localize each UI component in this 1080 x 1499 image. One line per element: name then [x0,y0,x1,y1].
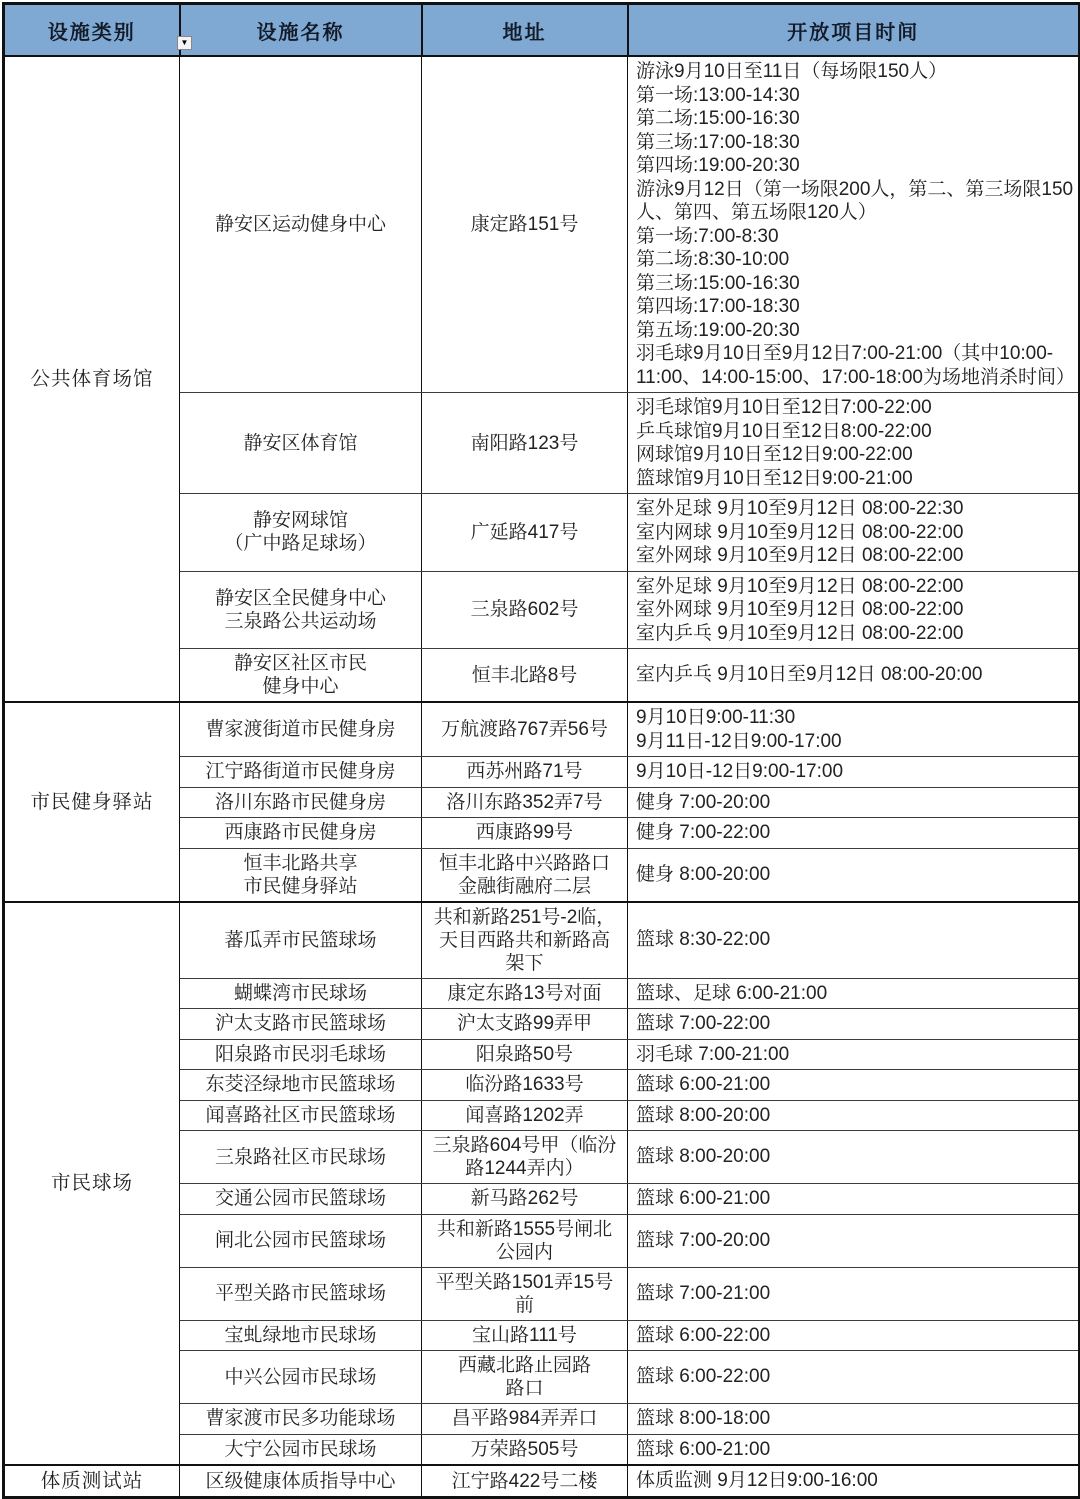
open-times-line: 第一场:13:00-14:30 [636,84,1074,108]
open-times-line: 游泳9月10日至11日（每场限150人） [636,60,1074,84]
open-times-line: 第二场:8:30-10:00 [636,248,1074,272]
address-cell: 恒丰北路中兴路路口金融街融府二层 [422,848,628,902]
address-line: 江宁路422号二楼 [426,1470,623,1493]
category-cell: 市民球场 [4,902,180,1466]
address-cell: 平型关路1501弄15号前 [422,1267,628,1320]
open-times-line: 健身 8:00-20:00 [636,863,1074,887]
facility-name-line: 静安区运动健身中心 [184,213,417,236]
open-times-cell: 体质监测 9月12日9:00-16:00 [628,1465,1080,1498]
table-row: 公共体育场馆静安区运动健身中心康定路151号游泳9月10日至11日（每场限150… [4,56,1080,393]
facility-name-line: 江宁路街道市民健身房 [184,760,417,783]
address-line: 西苏州路71号 [426,760,623,783]
open-times-cell: 健身 8:00-20:00 [628,848,1080,902]
column-header-address: 地址 [422,4,628,57]
address-line: 三泉路604号甲（临汾 [426,1134,623,1157]
facility-name-line: 恒丰北路共享 [184,852,417,875]
facility-name-cell: 宝虬绿地市民球场 [180,1320,422,1351]
open-times-cell: 篮球 8:00-20:00 [628,1131,1080,1184]
open-times-line: 篮球 6:00-21:00 [636,1073,1074,1097]
address-line: 阳泉路50号 [426,1043,623,1066]
address-cell: 江宁路422号二楼 [422,1465,628,1498]
open-times-line: 篮球 6:00-21:00 [636,1438,1074,1462]
open-times-line: 室外网球 9月10至9月12日 08:00-22:00 [636,544,1074,568]
category-cell: 体质测试站 [4,1465,180,1498]
address-cell: 阳泉路50号 [422,1039,628,1070]
address-line: 康定东路13号对面 [426,982,623,1005]
open-times-line: 健身 7:00-20:00 [636,791,1074,815]
open-times-line: 9月10日-12日9:00-17:00 [636,760,1074,784]
address-cell: 康定路151号 [422,56,628,393]
facility-name-cell: 平型关路市民篮球场 [180,1267,422,1320]
address-line: 平型关路1501弄15号 [426,1271,623,1294]
facility-name-line: 静安区全民健身中心 [184,587,417,610]
open-times-cell: 9月10日-12日9:00-17:00 [628,757,1080,788]
address-line: 前 [426,1294,623,1317]
open-times-line: 室内网球 9月10至9月12日 08:00-22:00 [636,521,1074,545]
open-times-cell: 篮球 6:00-22:00 [628,1320,1080,1351]
address-line: 康定路151号 [426,213,623,236]
address-line: 共和新路1555号闸北 [426,1218,623,1241]
table-row: 市民球场蕃瓜弄市民篮球场共和新路251号-2临，天目西路共和新路高架下篮球 8:… [4,902,1080,979]
open-times-line: 室内乒乓 9月10至9月12日 08:00-22:00 [636,622,1074,646]
address-line: 架下 [426,952,623,975]
facility-name-cell: 西康路市民健身房 [180,818,422,849]
address-line: 广延路417号 [426,521,623,544]
open-times-cell: 篮球 6:00-21:00 [628,1070,1080,1101]
address-line: 沪太支路99弄甲 [426,1012,623,1035]
open-times-line: 篮球 8:30-22:00 [636,928,1074,952]
open-times-line: 篮球 7:00-20:00 [636,1229,1074,1253]
address-cell: 洛川东路352弄7号 [422,787,628,818]
address-cell: 沪太支路99弄甲 [422,1009,628,1040]
address-cell: 恒丰北路8号 [422,649,628,703]
facility-name-cell: 曹家渡市民多功能球场 [180,1404,422,1435]
table-row: 市民健身驿站曹家渡街道市民健身房万航渡路767弄56号9月10日9:00-11:… [4,702,1080,757]
open-times-cell: 游泳9月10日至11日（每场限150人）第一场:13:00-14:30第二场:1… [628,56,1080,393]
open-times-line: 室外网球 9月10至9月12日 08:00-22:00 [636,598,1074,622]
column-header-category: 设施类别 [4,4,180,57]
facility-name-cell: 曹家渡街道市民健身房 [180,702,422,757]
facility-name-line: 曹家渡街道市民健身房 [184,718,417,741]
open-times-cell: 篮球 7:00-21:00 [628,1267,1080,1320]
facility-name-cell: 蕃瓜弄市民篮球场 [180,902,422,979]
open-times-line: 羽毛球9月10日至9月12日7:00-21:00（其中10:00-11:00、1… [636,342,1074,389]
address-cell: 西苏州路71号 [422,757,628,788]
table-row: 体质测试站区级健康体质指导中心江宁路422号二楼体质监测 9月12日9:00-1… [4,1465,1080,1498]
address-cell: 西藏北路止园路路口 [422,1351,628,1404]
open-times-line: 篮球 6:00-21:00 [636,1187,1074,1211]
open-times-line: 室外足球 9月10至9月12日 08:00-22:30 [636,497,1074,521]
open-times-line: 9月10日9:00-11:30 [636,706,1074,730]
address-line: 临汾路1633号 [426,1073,623,1096]
facility-name-cell: 中兴公园市民球场 [180,1351,422,1404]
open-times-line: 第三场:17:00-18:30 [636,131,1074,155]
open-times-line: 健身 7:00-22:00 [636,821,1074,845]
open-times-cell: 篮球 6:00-21:00 [628,1434,1080,1465]
address-cell: 闻喜路1202弄 [422,1100,628,1131]
address-cell: 共和新路251号-2临，天目西路共和新路高架下 [422,902,628,979]
facility-name-line: 交通公园市民篮球场 [184,1187,417,1210]
address-cell: 康定东路13号对面 [422,978,628,1009]
facility-name-cell: 静安区运动健身中心 [180,56,422,393]
facility-name-line: 沪太支路市民篮球场 [184,1012,417,1035]
facility-name-cell: 静安区全民健身中心三泉路公共运动场 [180,571,422,649]
facility-name-cell: 静安区社区市民健身中心 [180,649,422,703]
facility-name-line: 阳泉路市民羽毛球场 [184,1043,417,1066]
facility-name-line: 蝴蝶湾市民球场 [184,982,417,1005]
facility-name-line: 静安区社区市民 [184,652,417,675]
facility-name-cell: 蝴蝶湾市民球场 [180,978,422,1009]
address-cell: 新马路262号 [422,1184,628,1215]
open-times-cell: 篮球 6:00-21:00 [628,1184,1080,1215]
address-cell: 宝山路111号 [422,1320,628,1351]
open-times-line: 篮球 8:00-18:00 [636,1407,1074,1431]
facility-name-cell: 三泉路社区市民球场 [180,1131,422,1184]
address-line: 恒丰北路中兴路路口 [426,852,623,875]
address-line: 万荣路505号 [426,1438,623,1461]
open-times-line: 室外足球 9月10至9月12日 08:00-22:00 [636,575,1074,599]
facility-name-line: 市民健身驿站 [184,875,417,898]
open-times-cell: 篮球 8:00-20:00 [628,1100,1080,1131]
address-line: 三泉路602号 [426,598,623,621]
facility-name-cell: 东茭泾绿地市民篮球场 [180,1070,422,1101]
address-line: 路1244弄内） [426,1157,623,1180]
open-times-cell: 健身 7:00-20:00 [628,787,1080,818]
facility-name-line: 洛川东路市民健身房 [184,791,417,814]
facility-name-line: 平型关路市民篮球场 [184,1282,417,1305]
address-line: 闻喜路1202弄 [426,1104,623,1127]
facility-name-cell: 交通公园市民篮球场 [180,1184,422,1215]
open-times-cell: 室内乒乓 9月10日至9月12日 08:00-20:00 [628,649,1080,703]
open-times-cell: 篮球 7:00-22:00 [628,1009,1080,1040]
address-line: 洛川东路352弄7号 [426,791,623,814]
facility-name-cell: 大宁公园市民球场 [180,1434,422,1465]
open-times-line: 篮球馆9月10日至12日9:00-21:00 [636,467,1074,491]
open-times-line: 篮球 7:00-21:00 [636,1282,1074,1306]
facility-name-line: 大宁公园市民球场 [184,1438,417,1461]
open-times-line: 篮球 8:00-20:00 [636,1104,1074,1128]
address-line: 西康路99号 [426,821,623,844]
column-header-facility-name: 设施名称 [180,4,422,57]
address-line: 恒丰北路8号 [426,664,623,687]
open-times-cell: 篮球 8:30-22:00 [628,902,1080,979]
facility-name-line: 蕃瓜弄市民篮球场 [184,929,417,952]
facility-name-cell: 沪太支路市民篮球场 [180,1009,422,1040]
open-times-line: 室内乒乓 9月10日至9月12日 08:00-20:00 [636,663,1074,687]
open-times-line: 游泳9月12日（第一场限200人，第二、第三场限150人、第四、第五场限120人… [636,178,1074,225]
address-cell: 西康路99号 [422,818,628,849]
address-line: 公园内 [426,1241,623,1264]
facility-name-line: 区级健康体质指导中心 [184,1470,417,1493]
open-times-line: 第四场:19:00-20:30 [636,154,1074,178]
address-cell: 万荣路505号 [422,1434,628,1465]
facility-name-line: （广中路足球场） [184,532,417,555]
address-cell: 南阳路123号 [422,393,628,494]
open-times-line: 9月11日-12日9:00-17:00 [636,730,1074,754]
address-line: 南阳路123号 [426,432,623,455]
category-cell: 公共体育场馆 [4,56,180,702]
open-times-cell: 篮球 8:00-18:00 [628,1404,1080,1435]
open-times-line: 篮球 8:00-20:00 [636,1145,1074,1169]
facility-name-cell: 闸北公园市民篮球场 [180,1214,422,1267]
facility-name-line: 中兴公园市民球场 [184,1366,417,1389]
open-times-cell: 羽毛球馆9月10日至12日7:00-22:00乒乓球馆9月10日至12日8:00… [628,393,1080,494]
facility-name-cell: 静安网球馆（广中路足球场） [180,494,422,572]
open-times-cell: 健身 7:00-22:00 [628,818,1080,849]
address-cell: 万航渡路767弄56号 [422,702,628,757]
open-times-line: 羽毛球馆9月10日至12日7:00-22:00 [636,396,1074,420]
open-times-cell: 9月10日9:00-11:309月11日-12日9:00-17:00 [628,702,1080,757]
facility-name-cell: 洛川东路市民健身房 [180,787,422,818]
address-cell: 昌平路984弄弄口 [422,1404,628,1435]
open-times-line: 第五场:19:00-20:30 [636,319,1074,343]
facility-name-cell: 恒丰北路共享市民健身驿站 [180,848,422,902]
address-cell: 共和新路1555号闸北公园内 [422,1214,628,1267]
address-cell: 广延路417号 [422,494,628,572]
open-times-cell: 篮球 7:00-20:00 [628,1214,1080,1267]
facility-name-cell: 区级健康体质指导中心 [180,1465,422,1498]
facility-name-line: 静安区体育馆 [184,432,417,455]
facility-name-cell: 静安区体育馆 [180,393,422,494]
open-times-cell: 篮球、足球 6:00-21:00 [628,978,1080,1009]
facility-name-line: 曹家渡市民多功能球场 [184,1407,417,1430]
facility-name-line: 三泉路社区市民球场 [184,1146,417,1169]
address-line: 路口 [426,1377,623,1400]
category-cell: 市民健身驿站 [4,702,180,902]
open-times-line: 篮球 6:00-22:00 [636,1365,1074,1389]
facility-name-cell: 江宁路街道市民健身房 [180,757,422,788]
facility-name-line: 三泉路公共运动场 [184,610,417,633]
filter-dropdown-icon[interactable]: ▼ [177,36,192,50]
table-body: 公共体育场馆静安区运动健身中心康定路151号游泳9月10日至11日（每场限150… [4,56,1080,1498]
open-times-line: 篮球 6:00-22:00 [636,1324,1074,1348]
open-times-line: 第四场:17:00-18:30 [636,295,1074,319]
facility-name-line: 闻喜路社区市民篮球场 [184,1104,417,1127]
facility-name-line: 健身中心 [184,675,417,698]
open-times-line: 篮球 7:00-22:00 [636,1012,1074,1036]
column-header-open-times: 开放项目时间 [628,4,1080,57]
address-cell: 三泉路602号 [422,571,628,649]
address-line: 西藏北路止园路 [426,1354,623,1377]
facility-name-line: 静安网球馆 [184,509,417,532]
open-times-line: 第二场:15:00-16:30 [636,107,1074,131]
open-times-line: 第三场:15:00-16:30 [636,272,1074,296]
open-times-line: 第一场:7:00-8:30 [636,225,1074,249]
address-line: 新马路262号 [426,1187,623,1210]
address-line: 昌平路984弄弄口 [426,1407,623,1430]
facility-name-line: 宝虬绿地市民球场 [184,1324,417,1347]
address-cell: 临汾路1633号 [422,1070,628,1101]
facility-name-cell: 闻喜路社区市民篮球场 [180,1100,422,1131]
address-line: 万航渡路767弄56号 [426,718,623,741]
open-times-cell: 羽毛球 7:00-21:00 [628,1039,1080,1070]
facility-name-line: 西康路市民健身房 [184,821,417,844]
address-cell: 三泉路604号甲（临汾路1244弄内） [422,1131,628,1184]
open-times-line: 篮球、足球 6:00-21:00 [636,982,1074,1006]
address-line: 金融街融府二层 [426,875,623,898]
address-line: 共和新路251号-2临， [426,906,623,929]
open-times-line: 羽毛球 7:00-21:00 [636,1043,1074,1067]
open-times-cell: 室外足球 9月10至9月12日 08:00-22:00室外网球 9月10至9月1… [628,571,1080,649]
facilities-table: 设施类别 设施名称 地址 开放项目时间 公共体育场馆静安区运动健身中心康定路15… [2,2,1080,1499]
open-times-line: 网球馆9月10日至12日9:00-22:00 [636,443,1074,467]
address-line: 宝山路111号 [426,1324,623,1347]
facility-name-cell: 阳泉路市民羽毛球场 [180,1039,422,1070]
facility-name-line: 东茭泾绿地市民篮球场 [184,1073,417,1096]
open-times-cell: 篮球 6:00-22:00 [628,1351,1080,1404]
open-times-line: 体质监测 9月12日9:00-16:00 [636,1469,1074,1493]
facility-name-line: 闸北公园市民篮球场 [184,1229,417,1252]
open-times-line: 乒乓球馆9月10日至12日8:00-22:00 [636,420,1074,444]
open-times-cell: 室外足球 9月10至9月12日 08:00-22:30室内网球 9月10至9月1… [628,494,1080,572]
address-line: 天目西路共和新路高 [426,929,623,952]
header-row: 设施类别 设施名称 地址 开放项目时间 [4,4,1080,57]
